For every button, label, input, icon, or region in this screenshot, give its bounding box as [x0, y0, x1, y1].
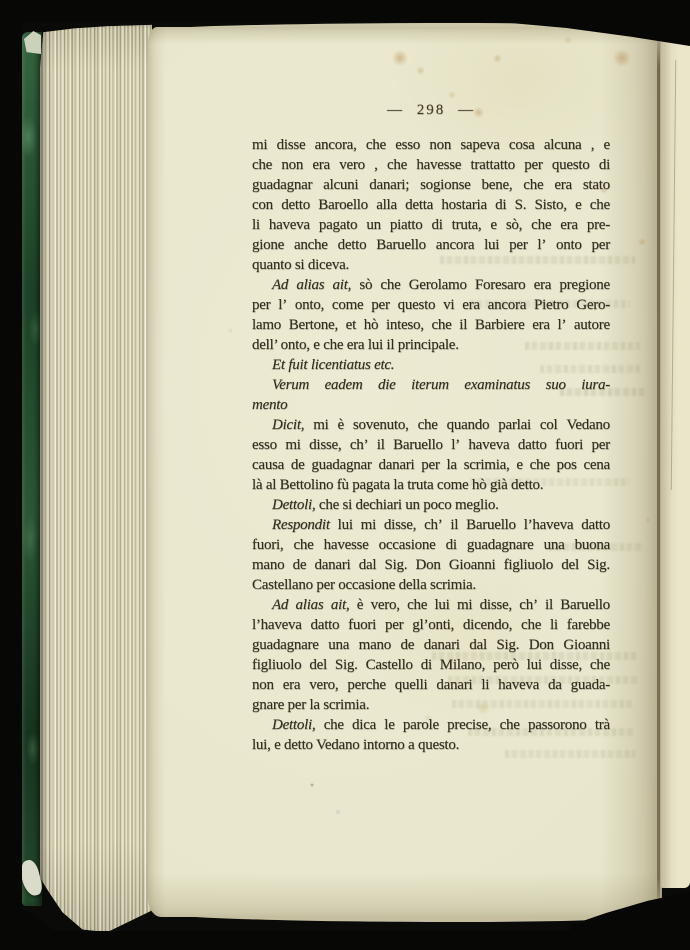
word: lui: [435, 595, 450, 615]
word: l’haveva: [524, 515, 574, 535]
word: figliuolo: [504, 555, 553, 575]
word: ancora,: [315, 135, 357, 155]
word: occasione: [379, 535, 436, 555]
word: ,: [591, 135, 595, 155]
word: datto: [311, 615, 340, 635]
italic-text-segment: Dettoli,: [272, 497, 315, 513]
word: disse,: [480, 595, 512, 615]
word: stato: [583, 175, 610, 195]
word: guadagnar: [252, 175, 312, 195]
photo-backdrop-bottom-left: [0, 900, 60, 950]
word: mano: [359, 635, 391, 655]
word: Castello: [366, 655, 413, 675]
word: pagato: [319, 215, 357, 235]
word: era: [534, 275, 552, 295]
word: che: [530, 455, 550, 475]
word: figliuolo: [252, 655, 301, 675]
word: per: [592, 235, 610, 255]
word: era: [312, 155, 330, 175]
word: ch’: [350, 435, 368, 455]
word: gl’onti,: [412, 615, 454, 635]
word: detto: [281, 195, 310, 215]
word: non: [429, 135, 451, 155]
word: ch’: [519, 595, 537, 615]
word: pre-: [587, 215, 610, 235]
word: che: [366, 135, 386, 155]
word: detto: [338, 235, 367, 255]
word: fuori,: [252, 535, 283, 555]
word: di: [495, 195, 506, 215]
word: haveva: [269, 215, 310, 235]
text-line: guadagnaralcunidanari;sogionsebene,cheer…: [252, 175, 610, 195]
word: esso: [395, 135, 420, 155]
word: disse: [277, 135, 306, 155]
word: Sig.: [385, 555, 408, 575]
word: parole: [403, 715, 439, 735]
word: vero,: [309, 675, 338, 695]
word: alcuni: [323, 175, 358, 195]
word: Bertone,: [289, 315, 338, 335]
word: onto,: [295, 295, 324, 315]
word: die: [378, 375, 396, 395]
word: un: [366, 215, 381, 235]
word: bene,: [482, 175, 513, 195]
text-line: Verumeademdieiterumexaminatussuoiura-: [252, 375, 610, 395]
word: danari;: [369, 175, 409, 195]
text-line: Dicit,mièsovenuto,chequandoparlaicolVeda…: [252, 415, 610, 435]
word: che: [252, 155, 272, 175]
word: dal: [469, 635, 487, 655]
word: cosa: [509, 135, 535, 155]
word: per: [385, 615, 403, 635]
word: guada-: [571, 675, 610, 695]
word: il: [459, 315, 467, 335]
word: mano: [252, 555, 284, 575]
word: che: [294, 535, 314, 555]
text-line: causadeguadagnardanariperlascrimia,echep…: [252, 455, 610, 475]
photo-backdrop-left: [0, 0, 22, 950]
facing-page-edge: [661, 38, 690, 888]
word: Ad: [272, 275, 288, 295]
word: scrimia,: [464, 455, 510, 475]
word: onto: [556, 235, 582, 255]
text-line: Dettoli, che si dechiari un poco meglio.: [252, 495, 610, 515]
word: Don: [416, 555, 441, 575]
text-line: manodedanaridalSig.DonGioannifigliuolode…: [252, 555, 610, 575]
word: sò: [359, 275, 372, 295]
word: Barbiere: [475, 315, 525, 335]
text-line: lui, e detto Vedano intorno a questo.: [252, 735, 610, 755]
word: passorono: [528, 715, 587, 735]
word: Sig.: [587, 555, 610, 575]
word: disse,: [309, 435, 341, 455]
word: il: [377, 435, 385, 455]
text-line: perl’onto,comeperquestovieraancoraPietro…: [252, 295, 610, 315]
word: una: [328, 635, 349, 655]
word: e: [516, 455, 522, 475]
word: alias: [296, 595, 324, 615]
text-line: lamoBertone,ethòinteso,cheilBarbiereeral…: [252, 315, 610, 335]
word: Sig.: [496, 635, 519, 655]
word: guadagnare: [252, 635, 319, 655]
word: cena: [583, 455, 609, 475]
word: che: [500, 715, 520, 735]
page-number: — 298 —: [252, 102, 610, 119]
word: mi: [285, 435, 300, 455]
word: ancora: [488, 295, 526, 315]
word: trattatto: [471, 155, 515, 175]
word: esso: [252, 435, 277, 455]
italic-text-segment: mento: [252, 397, 287, 413]
word: Gero-: [576, 295, 610, 315]
word: et: [346, 315, 356, 335]
word: dal: [359, 555, 377, 575]
word: di: [599, 155, 610, 175]
word: eadem: [325, 375, 363, 395]
word: detta: [405, 195, 433, 215]
word: l’: [558, 315, 567, 335]
word: dicendo,: [463, 615, 512, 635]
text-segment: lui, e detto Vedano intorno a questo.: [252, 737, 459, 753]
word: piatto: [390, 215, 423, 235]
word: e: [604, 135, 610, 155]
text-line: là al Bettolino fù pagata la truta come …: [252, 475, 610, 495]
word: però: [493, 655, 519, 675]
text-line: lihavevapagatounpiattoditruta,esò,cheera…: [252, 215, 610, 235]
text-line: noneravero,perchequellidanarilihavevadag…: [252, 675, 610, 695]
word: l’: [278, 295, 287, 315]
word: de: [293, 555, 307, 575]
word: che: [418, 415, 438, 435]
page-edges-stack: [40, 24, 152, 934]
word: non: [281, 155, 303, 175]
word: autore: [574, 315, 610, 335]
word: danari: [436, 675, 472, 695]
word: è: [338, 415, 344, 435]
word: li: [481, 675, 489, 695]
word: che: [590, 655, 610, 675]
word: perche: [347, 675, 385, 695]
word: sò,: [506, 215, 522, 235]
word: danari: [378, 455, 414, 475]
word: suo: [546, 375, 566, 395]
word: che: [380, 275, 400, 295]
word: lui: [527, 655, 542, 675]
word: disse,: [384, 515, 416, 535]
word: era: [462, 295, 480, 315]
word: pos: [557, 455, 577, 475]
text-segment: là al Bettolino fù pagata la truta come …: [252, 477, 543, 493]
word: li: [550, 615, 558, 635]
word: col: [540, 415, 558, 435]
text-line: dell’ onto, e che era lui il principale.: [252, 335, 610, 355]
word: ait,: [331, 595, 350, 615]
word: che: [387, 155, 407, 175]
word: quando: [447, 415, 490, 435]
word: Baroello: [318, 195, 368, 215]
word: Sisto,: [535, 195, 567, 215]
word: iura-: [581, 375, 610, 395]
word: datto: [581, 515, 610, 535]
word: ,: [374, 155, 378, 175]
word: l’: [537, 235, 546, 255]
word: per: [524, 155, 542, 175]
text-segment: Castellano per occasione della scrimia.: [252, 577, 476, 593]
word: la: [446, 455, 456, 475]
word: lui: [484, 235, 499, 255]
book-cover-edge: [22, 32, 42, 906]
word: che: [324, 715, 344, 735]
text-line: Adaliasait,sòcheGerolamoForesaroerapregi…: [252, 275, 610, 295]
word: ancora: [436, 235, 474, 255]
word: l’: [451, 435, 460, 455]
word: le: [384, 715, 394, 735]
text-line: gnare per la scrimia.: [252, 695, 610, 715]
text-line: condettoBaroelloalladettahostariadiS.Sis…: [252, 195, 610, 215]
text-line: Dettoli,chedicaleparoleprecise,chepassor…: [252, 715, 610, 735]
text-line: figliuolodelSig.CastellodiMilano,peròlui…: [252, 655, 610, 675]
word: Dicit,: [272, 415, 304, 435]
word: mi: [361, 515, 376, 535]
word: li: [252, 215, 260, 235]
word: ait,: [333, 275, 352, 295]
word: per: [371, 295, 389, 315]
word: truta,: [452, 215, 482, 235]
word: del: [561, 555, 579, 575]
text-segment: quanto si diceva.: [252, 257, 349, 273]
word: quelli: [395, 675, 428, 695]
word: mi: [252, 135, 267, 155]
word: Don: [529, 635, 554, 655]
text-segment: dell’ onto, e che era lui il principale.: [252, 337, 459, 353]
word: mi: [313, 415, 328, 435]
word: Pietro: [534, 295, 568, 315]
text-line: l’havevadattofuoripergl’onti,dicendo,che…: [252, 615, 610, 635]
text-segment: gnare per la scrimia.: [252, 697, 369, 713]
word: pregione: [559, 275, 609, 295]
text-line: essomidisse,ch’ilBaruellol’havevadattofu…: [252, 435, 610, 455]
word: buona: [575, 535, 610, 555]
word: vero: [339, 155, 365, 175]
gutter-crease: [657, 32, 660, 912]
word: hò: [364, 315, 379, 335]
word: di: [446, 535, 457, 555]
text-line: Castellano per occasione della scrimia.: [252, 575, 610, 595]
text-line: fuori,chehavesseoccasionediguadagnareuna…: [252, 535, 610, 555]
word: per: [509, 235, 527, 255]
word: iterum: [411, 375, 449, 395]
word: Vedano: [566, 415, 610, 435]
word: per: [592, 435, 610, 455]
word: di: [431, 215, 442, 235]
word: che: [590, 195, 610, 215]
text-line: Responditluimidisse,ch’ilBaruellol’havev…: [252, 515, 610, 535]
word: del: [309, 655, 327, 675]
word: anche: [294, 235, 328, 255]
text-line: chenoneravero,chehavessetrattattoperques…: [252, 155, 610, 175]
word: dica: [352, 715, 376, 735]
word: ch’: [424, 515, 442, 535]
word: Gioanni: [449, 555, 496, 575]
word: con: [252, 195, 273, 215]
italic-text-segment: Et fuit licentiatus etc.: [272, 357, 394, 373]
word: parlai: [498, 415, 531, 435]
word: Gerolamo: [409, 275, 467, 295]
word: non: [252, 675, 274, 695]
word: de: [291, 455, 305, 475]
word: S.: [515, 195, 527, 215]
word: alcuna: [544, 135, 582, 155]
word: causa: [252, 455, 284, 475]
word: lui: [338, 515, 353, 535]
word: guadagnare: [467, 535, 534, 555]
text-line: midisseancora,cheessononsapevacosaalcuna…: [252, 135, 610, 155]
word: questo: [398, 295, 436, 315]
word: havesse: [416, 155, 461, 175]
text-line: mento: [252, 395, 610, 415]
text-line: Et fuit licentiatus etc.: [252, 355, 610, 375]
word: Baruello: [466, 515, 516, 535]
word: e: [490, 215, 496, 235]
word: havesse: [324, 535, 369, 555]
word: che: [523, 175, 543, 195]
word: come: [332, 295, 363, 315]
text-segment: che si dechiari un poco meglio.: [315, 497, 498, 513]
word: sovenuto,: [353, 415, 409, 435]
word: vi: [443, 295, 454, 315]
word: danari: [314, 555, 350, 575]
word: farebbe: [567, 615, 610, 635]
word: examinatus: [464, 375, 530, 395]
word: che: [531, 215, 551, 235]
word: Foresaro: [475, 275, 526, 295]
book-photograph: — 298 — midisseancora,cheessononsapevaco…: [0, 0, 690, 950]
word: trà: [595, 715, 610, 735]
word: il: [545, 595, 553, 615]
word: Baruello: [560, 595, 610, 615]
word: gione: [252, 235, 284, 255]
word: che: [407, 595, 427, 615]
word: era: [283, 675, 301, 695]
text-block: midisseancora,cheessononsapevacosaalcuna…: [252, 135, 610, 755]
word: sapeva: [460, 135, 499, 155]
word: che: [521, 615, 541, 635]
word: una: [544, 535, 565, 555]
word: Milano,: [440, 655, 485, 675]
word: Baruello: [393, 435, 443, 455]
word: Ad: [272, 595, 288, 615]
word: alla: [376, 195, 397, 215]
word: da: [548, 675, 562, 695]
word: l’haveva: [252, 615, 302, 635]
word: di: [421, 655, 432, 675]
text-line: quanto si diceva.: [252, 255, 610, 275]
word: guadagnar: [311, 455, 371, 475]
word: fuori: [348, 615, 376, 635]
word: haveva: [468, 435, 509, 455]
text-line: guadagnareunamanodedanaridalSig.DonGioan…: [252, 635, 610, 655]
text-line: gioneanchedettoBaruelloancoraluiperl’ont…: [252, 235, 610, 255]
word: datto: [518, 435, 547, 455]
word: che: [432, 315, 452, 335]
word: Respondit: [272, 515, 330, 535]
word: Dettoli,: [272, 715, 315, 735]
word: questo: [552, 155, 590, 175]
word: danari: [424, 635, 460, 655]
word: de: [401, 635, 415, 655]
word: haveva: [498, 675, 539, 695]
word: precise,: [447, 715, 491, 735]
word: per: [252, 295, 270, 315]
word: hostaria: [441, 195, 486, 215]
word: fuori: [555, 435, 583, 455]
word: era: [554, 175, 572, 195]
word: Baruello: [376, 235, 426, 255]
text-line: Adaliasait,èvero,cheluimidisse,ch’ilBaru…: [252, 595, 610, 615]
word: Sig.: [335, 655, 358, 675]
word: il: [450, 515, 458, 535]
word: era: [560, 215, 578, 235]
word: Gioanni: [563, 635, 610, 655]
word: sogionse: [420, 175, 471, 195]
word: vero,: [371, 595, 400, 615]
word: inteso,: [386, 315, 424, 335]
word: lamo: [252, 315, 281, 335]
word: era: [532, 315, 550, 335]
word: e: [575, 195, 581, 215]
word: per: [421, 455, 439, 475]
word: Verum: [272, 375, 309, 395]
word: è: [357, 595, 363, 615]
word: mi: [457, 595, 472, 615]
word: alias: [296, 275, 324, 295]
word: disse,: [550, 655, 582, 675]
